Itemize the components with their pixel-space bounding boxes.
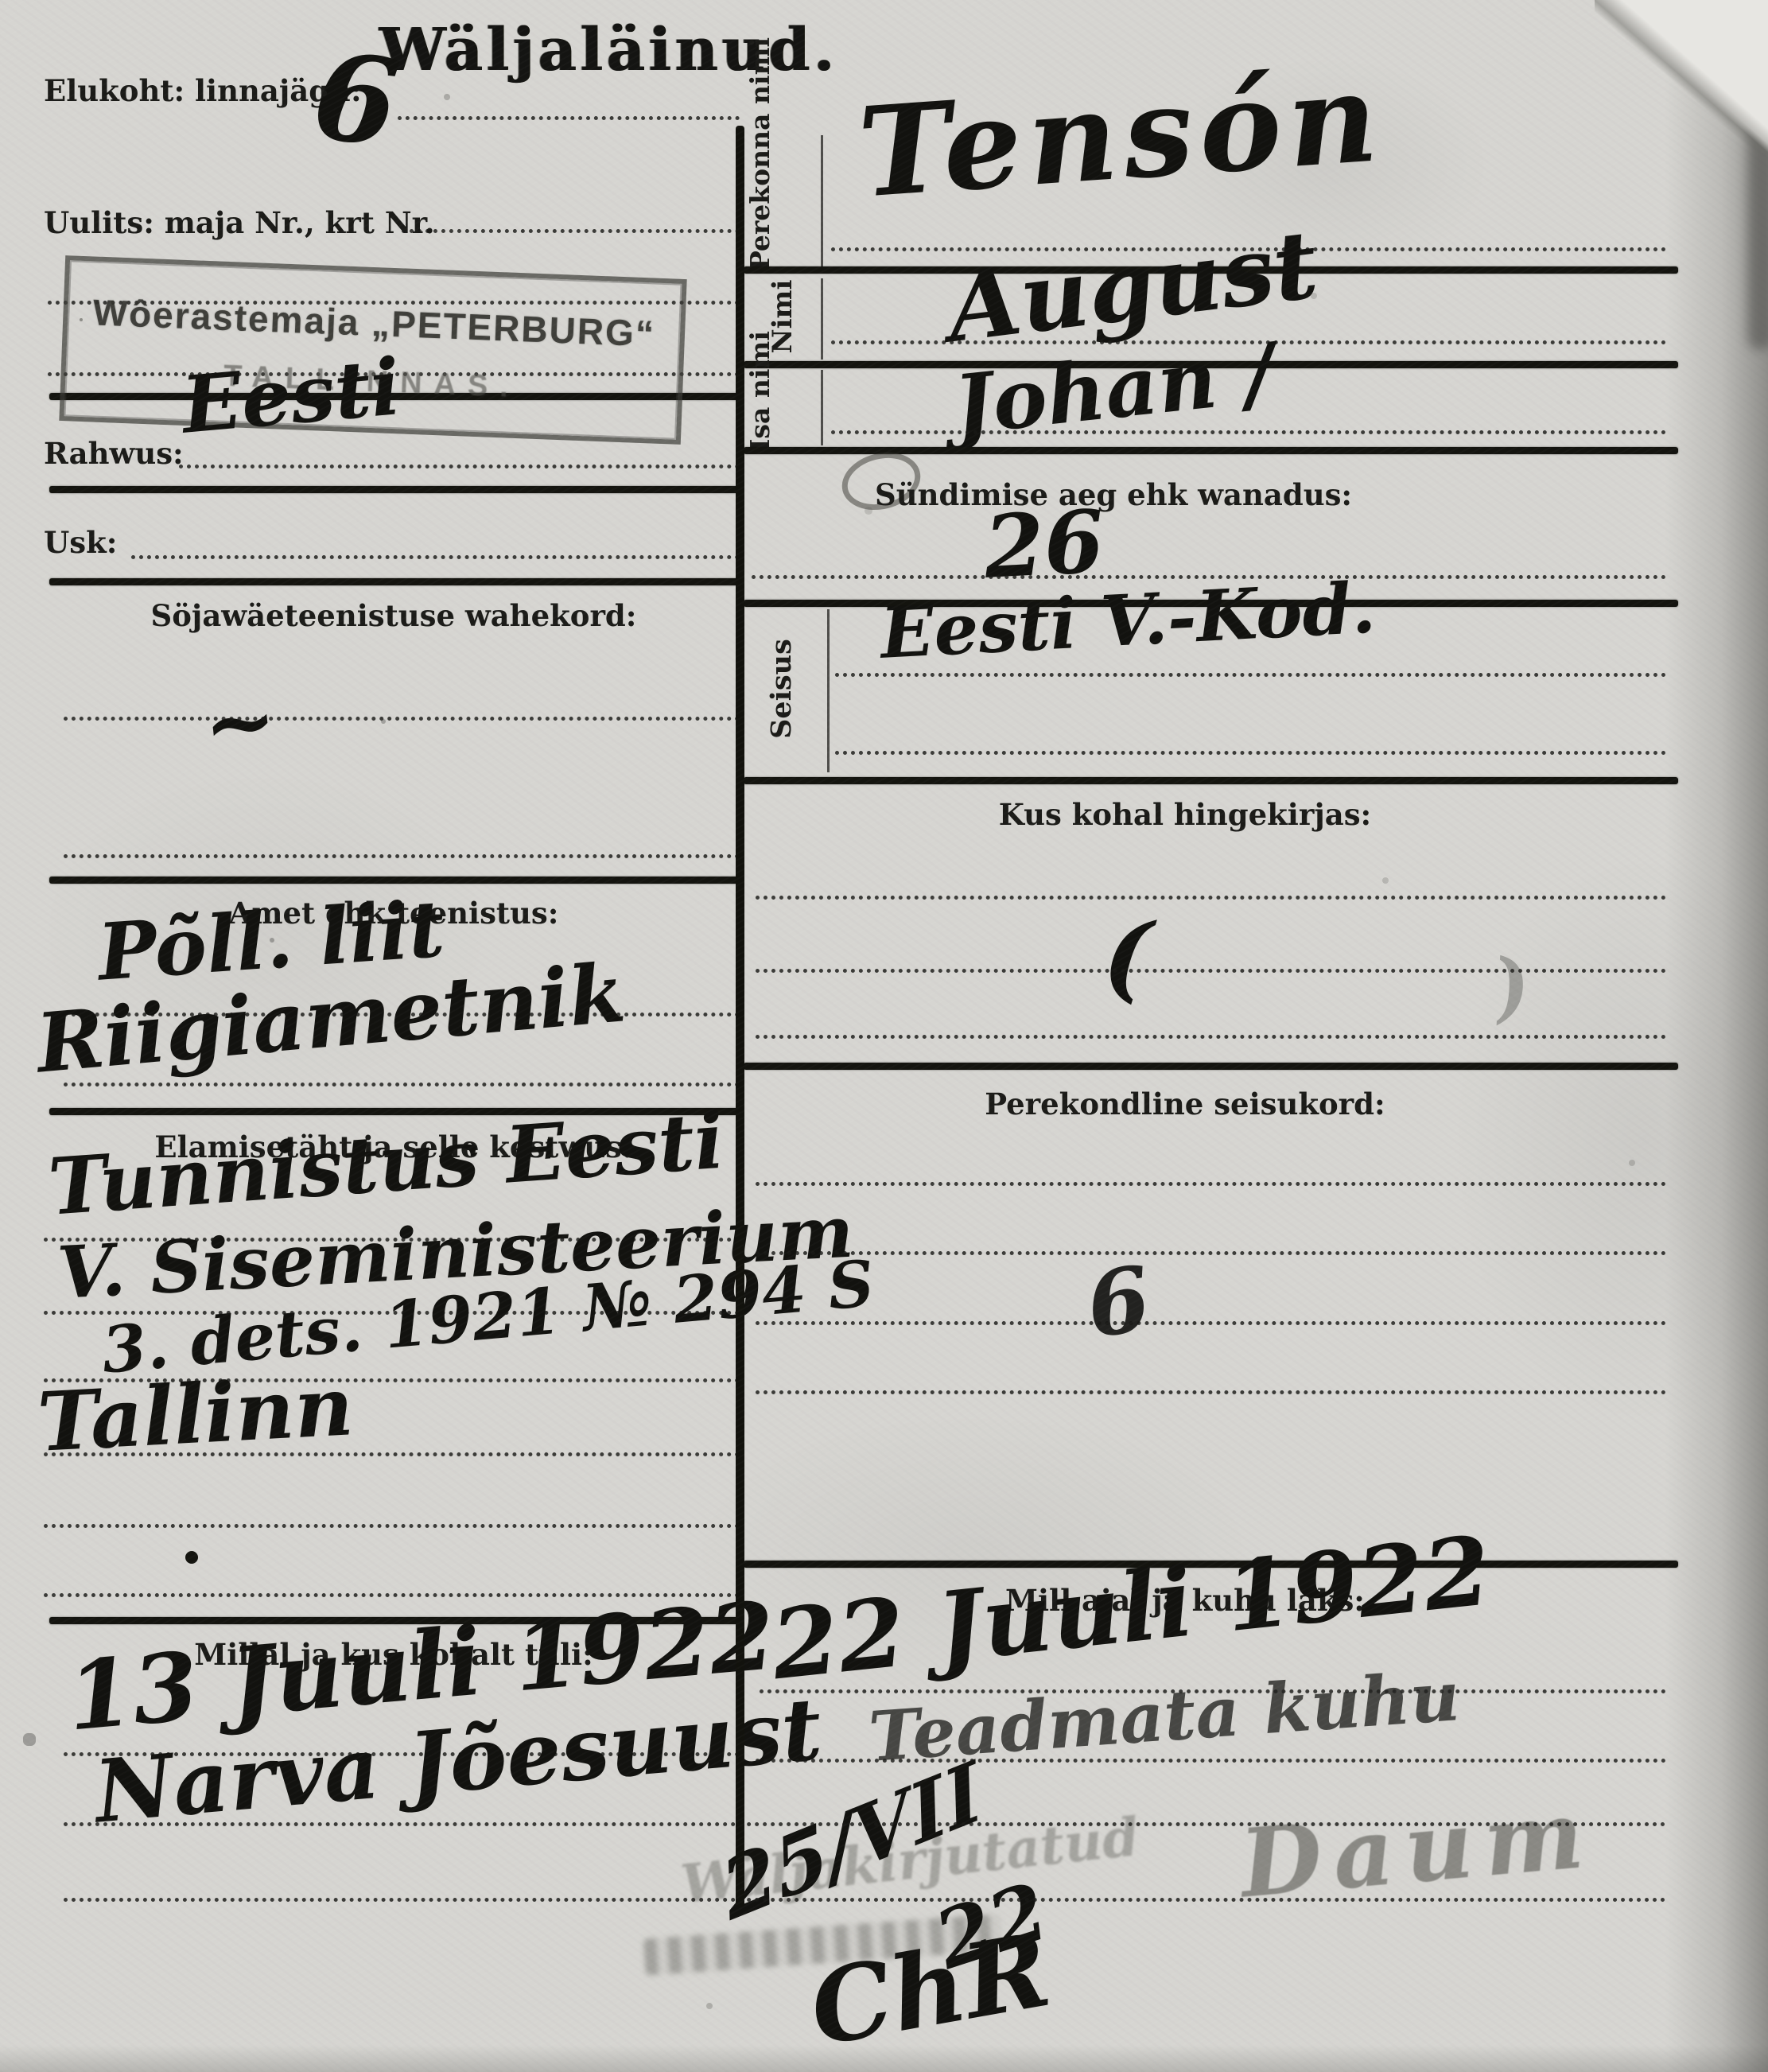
column-divider-rule <box>736 126 744 1907</box>
status-label-vertical: Seisus <box>766 621 802 756</box>
religion-label: Usk: <box>44 525 117 560</box>
right-edge-crease-shadow <box>1747 119 1768 350</box>
page-title: Wäljaläinud. <box>334 16 883 84</box>
nationality-value-handwriting: Eesti <box>179 348 403 445</box>
dotted-line <box>398 116 740 120</box>
dotted-line <box>131 555 740 559</box>
label-separator-rule <box>821 278 823 360</box>
surname-handwriting: Tensón <box>855 55 1387 215</box>
dotted-line <box>44 1452 740 1456</box>
family-status-header: Perekondline seisukord: <box>795 1087 1575 1122</box>
label-separator-rule <box>827 609 830 772</box>
birth-age-header: Sündimise aeg ehk wanadus: <box>875 477 1352 512</box>
registration-card-scan: Wäljaläinud. Elukoht: linnajägu: 6 Uulit… <box>0 0 1768 2072</box>
dotted-line <box>44 1524 740 1528</box>
label-separator-rule <box>821 370 823 445</box>
dotted-line <box>756 1251 1666 1255</box>
ink-dot-mark <box>185 1551 198 1564</box>
dotted-line <box>835 751 1666 755</box>
dotted-line <box>756 1321 1666 1325</box>
surname-label-vertical: Perekonna nimi <box>746 127 819 270</box>
residence-value-handwriting: 6 <box>308 36 405 165</box>
father-name-label-vertical: Isa nimi <box>746 363 819 451</box>
dotted-line <box>64 1898 1666 1902</box>
rule-line <box>744 1063 1678 1070</box>
dotted-line <box>64 717 740 721</box>
dotted-line <box>756 1759 1666 1763</box>
registry-handwritten-mark: ( <box>1099 907 1154 1006</box>
dotted-line <box>756 969 1666 973</box>
dotted-line <box>756 1182 1666 1186</box>
status-handwriting: Eesti V.-Kod. <box>879 572 1377 667</box>
rule-line <box>49 578 740 585</box>
dotted-line <box>64 1822 1666 1826</box>
rule-line <box>49 877 740 884</box>
rule-line <box>49 486 740 493</box>
military-handwritten-mark: ~ <box>199 674 281 769</box>
torn-corner-top-right <box>1595 0 1768 153</box>
family-status-handwritten-mark: 6 <box>1082 1254 1156 1351</box>
dotted-line <box>179 465 740 468</box>
dotted-line <box>835 673 1666 677</box>
dotted-line <box>64 854 740 858</box>
label-separator-rule <box>821 135 823 266</box>
pencil-signature: Daum <box>1237 1786 1598 1911</box>
registry-faint-mark: ) <box>1489 946 1535 1025</box>
military-service-header: Söjawäeteenistuse wahekord: <box>48 598 740 633</box>
permit-handwriting-line4: Tallinn <box>36 1366 356 1464</box>
dotted-line <box>756 1035 1666 1039</box>
right-edge-shadow <box>1665 0 1768 2072</box>
dotted-line <box>64 1083 740 1087</box>
dotted-line <box>831 430 1666 434</box>
nationality-label: Rahwus: <box>44 436 184 471</box>
street-label: Uulits: maja Nr., krt Nr. <box>44 205 435 240</box>
registry-header: Kus kohal hingekirjas: <box>795 797 1575 832</box>
dotted-line <box>756 896 1666 900</box>
rule-line <box>744 777 1678 784</box>
dotted-line <box>756 1390 1666 1394</box>
dotted-line <box>402 229 740 233</box>
